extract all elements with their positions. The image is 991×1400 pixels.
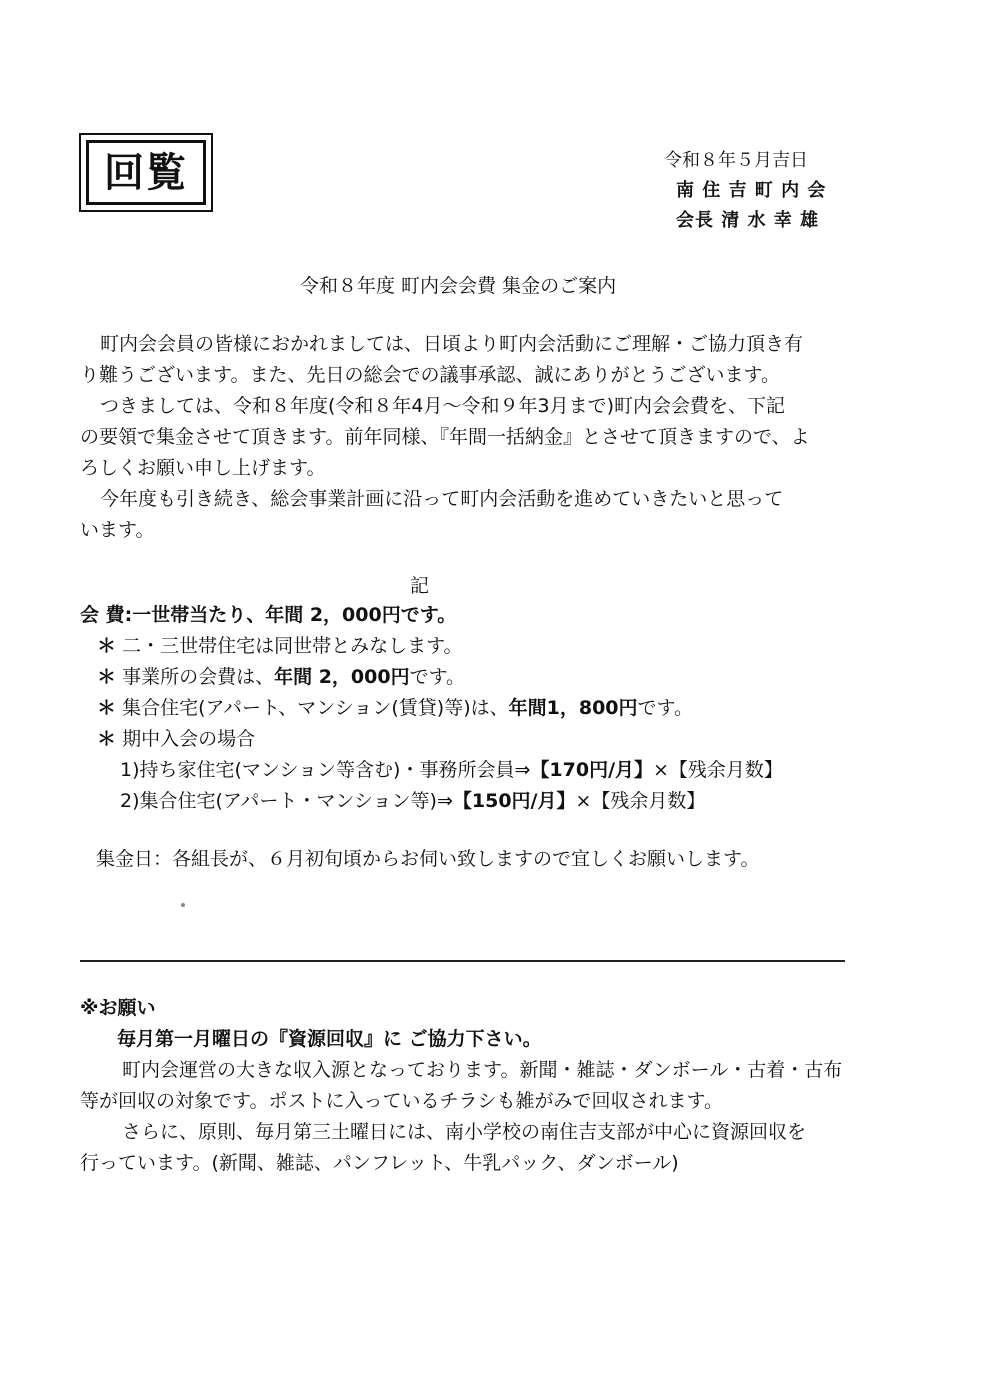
fee-note-text: 二・三世帯住宅は同世帯とみなします。 bbox=[122, 635, 462, 657]
request-line: 町内会運営の大きな収入源となっております。新聞・雑誌・ダンボール・古着・古布 bbox=[80, 1055, 842, 1086]
midterm-text: 2)集合住宅(アパート・マンション等)⇒ bbox=[120, 790, 453, 812]
fee-note: ＊ 二・三世帯住宅は同世帯とみなします。 bbox=[97, 631, 783, 662]
midterm-multiplier: ×【残余月数】 bbox=[653, 759, 783, 781]
collection-label: 集金日： bbox=[96, 848, 172, 870]
fee-note: ＊ 集合住宅(アパート、マンション(賃貸)等)は、年間1，800円です。 bbox=[97, 693, 783, 724]
circulation-stamp: 回覧 bbox=[79, 133, 213, 212]
fee-note-text: 集合住宅(アパート、マンション(賃貸)等)は、 bbox=[122, 697, 509, 719]
fee-main: 会 費:一世帯当たり、年間 2，000円です。 bbox=[80, 600, 456, 631]
asterisk-bullet: ＊ bbox=[97, 666, 116, 688]
request-subheading: 毎月第一月曜日の『資源回収』に ご協力下さい。 bbox=[117, 1024, 542, 1055]
asterisk-bullet: ＊ bbox=[97, 728, 116, 750]
intro-paragraph: 町内会会員の皆様におかれましては、日頃より町内会活動にご理解・ご協力頂き有 り難… bbox=[80, 329, 810, 546]
fee-note-suffix: です。 bbox=[638, 697, 693, 719]
fee-note-amount: 年間 2，000円 bbox=[274, 666, 410, 688]
midterm-rate: 1)持ち家住宅(マンション等含む)・事務所会員⇒【170円/月】×【残余月数】 bbox=[97, 755, 783, 786]
intro-line: ろしくお願い申し上げます。 bbox=[80, 453, 810, 484]
stamp-label: 回覧 bbox=[104, 153, 188, 193]
midterm-text: 1)持ち家住宅(マンション等含む)・事務所会員⇒ bbox=[120, 759, 530, 781]
fee-main-text: 一世帯当たり、年間 2，000円です。 bbox=[132, 604, 456, 626]
request-heading: ※お願い bbox=[80, 993, 155, 1024]
fee-note-text: 事業所の会費は、 bbox=[122, 666, 274, 688]
intro-line: つきましては、令和８年度(令和８年4月～令和９年3月まで)町内会会費を、下記 bbox=[80, 391, 810, 422]
stamp-inner-border: 回覧 bbox=[86, 140, 206, 205]
request-line: さらに、原則、毎月第三土曜日には、南小学校の南住吉支部が中心に資源回収を bbox=[80, 1117, 842, 1148]
ki-marker: 記 bbox=[410, 571, 429, 602]
intro-line: います。 bbox=[80, 515, 810, 546]
midterm-multiplier: ×【残余月数】 bbox=[575, 790, 705, 812]
scan-speck bbox=[181, 903, 185, 907]
intro-line: の要領で集金させて頂きます。前年同様、『年間一括納金』とさせて頂きますので、よ bbox=[80, 422, 810, 453]
request-body: 町内会運営の大きな収入源となっております。新聞・雑誌・ダンボール・古着・古布 等… bbox=[80, 1055, 842, 1179]
fee-note: ＊ 事業所の会費は、年間 2，000円です。 bbox=[97, 662, 783, 693]
midterm-rate: 2)集合住宅(アパート・マンション等)⇒【150円/月】×【残余月数】 bbox=[97, 786, 783, 817]
fee-notes: ＊ 二・三世帯住宅は同世帯とみなします。 ＊ 事業所の会費は、年間 2，000円… bbox=[97, 631, 783, 817]
document-title: 令和８年度 町内会会費 集金のご案内 bbox=[300, 271, 616, 298]
chairperson-name: 会長 清 水 幸 雄 bbox=[676, 206, 819, 236]
midterm-rate-amount: 【170円/月】 bbox=[530, 759, 653, 781]
request-line: 行っています。(新聞、雑誌、パンフレット、牛乳パック、ダンボール) bbox=[80, 1148, 842, 1179]
request-line: 等が回収の対象です。ポストに入っているチラシも雑がみで回収されます。 bbox=[80, 1086, 842, 1117]
organization-name: 南 住 吉 町 内 会 bbox=[676, 176, 826, 206]
fee-note-text: 期中入会の場合 bbox=[122, 728, 255, 750]
asterisk-bullet: ＊ bbox=[97, 697, 116, 719]
intro-line: 今年度も引き続き、総会事業計画に沿って町内会活動を進めていきたいと思って bbox=[80, 484, 810, 515]
issue-date: 令和８年５月吉日 bbox=[664, 146, 808, 176]
midterm-rate-amount: 【150円/月】 bbox=[453, 790, 576, 812]
intro-line: り難うございます。また、先日の総会での議事承認、誠にありがとうございます。 bbox=[80, 360, 810, 391]
fee-label: 会 費: bbox=[80, 604, 132, 626]
section-divider bbox=[80, 960, 845, 962]
fee-note-amount: 年間1，800円 bbox=[509, 697, 638, 719]
fee-note: ＊ 期中入会の場合 bbox=[97, 724, 783, 755]
intro-line: 町内会会員の皆様におかれましては、日頃より町内会活動にご理解・ご協力頂き有 bbox=[80, 329, 810, 360]
collection-date: 集金日：各組長が、６月初旬頃からお伺い致しますので宜しくお願いします。 bbox=[96, 844, 760, 875]
collection-text: 各組長が、６月初旬頃からお伺い致しますので宜しくお願いします。 bbox=[172, 848, 759, 870]
fee-note-suffix: です。 bbox=[410, 666, 465, 688]
asterisk-bullet: ＊ bbox=[97, 635, 116, 657]
